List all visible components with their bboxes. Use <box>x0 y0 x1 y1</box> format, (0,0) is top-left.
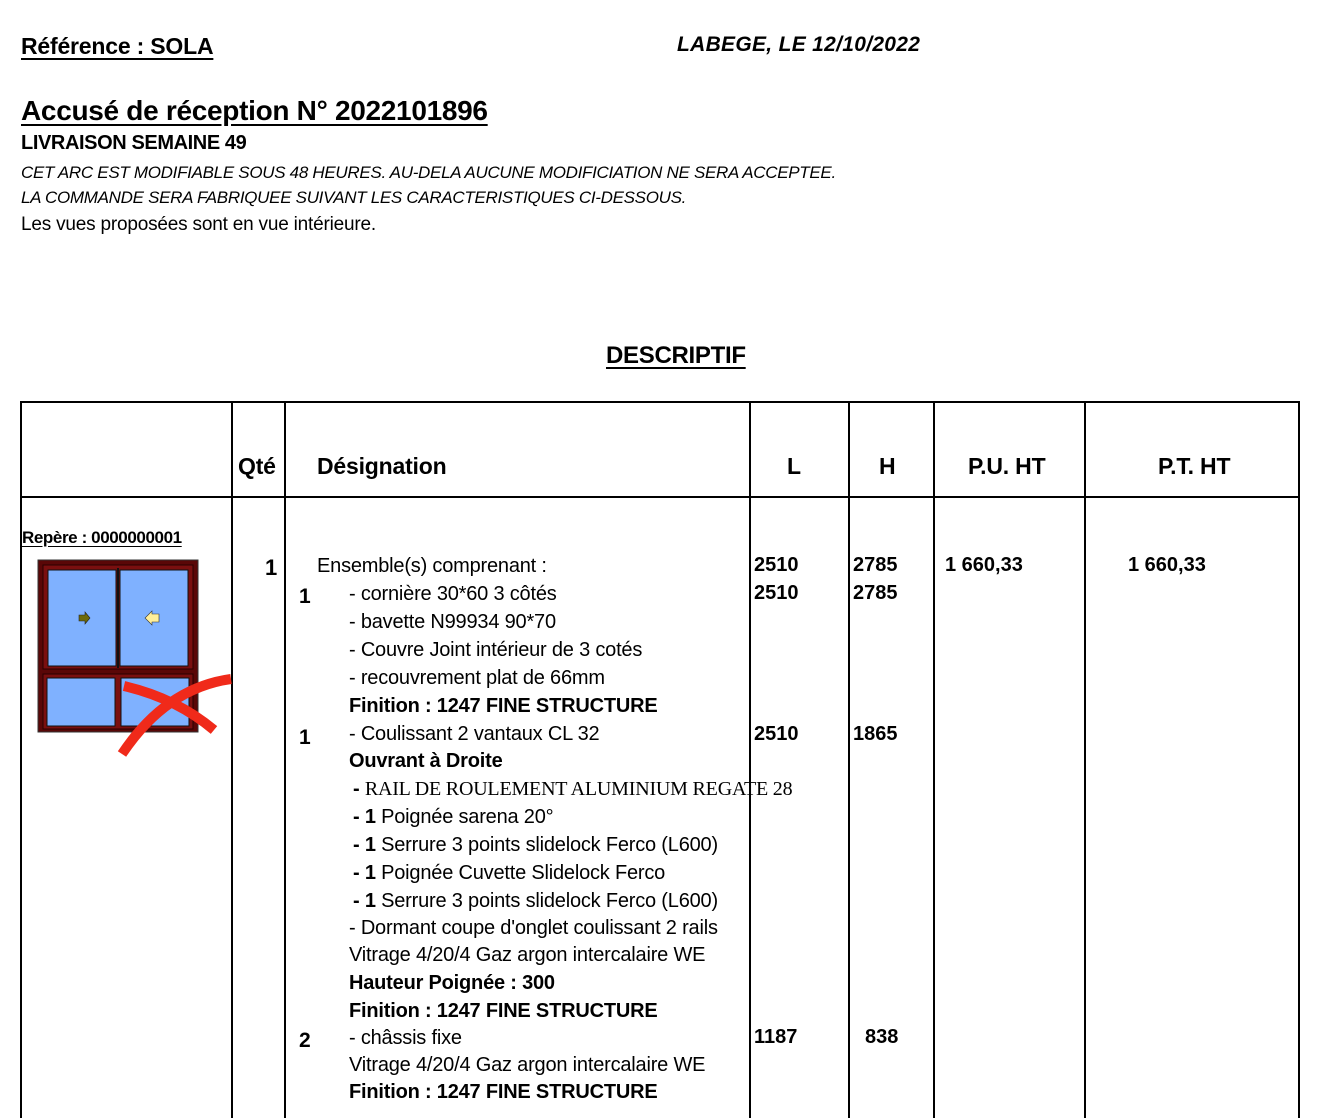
delivery-week: LIVRAISON SEMAINE 49 <box>21 132 246 155</box>
designation-line: Vitrage 4/20/4 Gaz argon intercalaire WE <box>349 944 705 967</box>
designation-line: Vitrage 4/20/4 Gaz argon intercalaire WE <box>349 1054 705 1077</box>
reference-label: Référence : SOLA <box>21 33 213 60</box>
manufacturing-note: LA COMMANDE SERA FABRIQUEE SUIVANT LES C… <box>21 188 686 208</box>
designation-line: Finition : 1247 FINE STRUCTURE <box>349 695 657 718</box>
designation-line: - châssis fixe <box>349 1027 462 1050</box>
modification-note: CET ARC EST MODIFIABLE SOUS 48 HEURES. A… <box>21 163 836 183</box>
view-note: Les vues proposées sont en vue intérieur… <box>21 214 376 236</box>
dim-height: 2785 <box>853 554 898 577</box>
dim-height: 838 <box>865 1026 898 1049</box>
unit-price: 1 660,33 <box>945 554 1023 577</box>
dim-length: 2510 <box>754 723 799 746</box>
designation-line: - Coulissant 2 vantaux CL 32 <box>349 723 599 746</box>
dim-height: 2785 <box>853 582 898 605</box>
designation-line: - Dormant coupe d'onglet coulissant 2 ra… <box>349 917 718 940</box>
designation-line: - RAIL DE ROULEMENT ALUMINIUM REGATE 28 <box>353 778 792 801</box>
column-header-height: H <box>879 453 895 480</box>
column-divider <box>749 403 751 1118</box>
designation-line: Ensemble(s) comprenant : <box>317 555 547 578</box>
designation-line: Finition : 1247 FINE STRUCTURE <box>349 1081 657 1104</box>
sub-qty: 1 <box>299 585 311 609</box>
sub-qty: 2 <box>299 1029 311 1053</box>
place-date: LABEGE, LE 12/10/2022 <box>677 33 920 57</box>
designation-line: - 1 Poignée sarena 20° <box>353 806 553 829</box>
column-header-unit-price: P.U. HT <box>968 453 1045 480</box>
column-header-designation: Désignation <box>317 453 446 480</box>
designation-line: - 1 Poignée Cuvette Slidelock Ferco <box>353 862 665 885</box>
window-diagram <box>36 558 236 763</box>
repere-label: Repère : 0000000001 <box>22 528 182 548</box>
dim-length: 2510 <box>754 554 799 577</box>
document-title: Accusé de réception N° 2022101896 <box>21 95 488 127</box>
total-price: 1 660,33 <box>1128 554 1206 577</box>
row-qty: 1 <box>265 555 277 581</box>
column-divider <box>1084 403 1086 1118</box>
sub-qty: 1 <box>299 726 311 750</box>
column-header-total-price: P.T. HT <box>1158 453 1230 480</box>
column-header-length: L <box>787 453 801 480</box>
designation-line: Ouvrant à Droite <box>349 750 503 773</box>
designation-line: Hauteur Poignée : 300 <box>349 972 555 995</box>
designation-line: - cornière 30*60 3 côtés <box>349 583 557 606</box>
designation-line: Finition : 1247 FINE STRUCTURE <box>349 1000 657 1023</box>
designation-line: - bavette N99934 90*70 <box>349 611 556 634</box>
designation-line: - 1 Serrure 3 points slidelock Ferco (L6… <box>353 890 718 913</box>
header-divider <box>22 496 1298 498</box>
designation-line: - Couvre Joint intérieur de 3 cotés <box>349 639 642 662</box>
column-header-qty: Qté <box>238 453 276 480</box>
column-divider <box>933 403 935 1118</box>
dim-height: 1865 <box>853 723 898 746</box>
column-divider <box>284 403 286 1118</box>
section-title: DESCRIPTIF <box>606 342 746 370</box>
descriptif-table: Qté Désignation L H P.U. HT P.T. HT Repè… <box>20 401 1300 1118</box>
designation-line: - 1 Serrure 3 points slidelock Ferco (L6… <box>353 834 718 857</box>
column-divider <box>848 403 850 1118</box>
designation-line: - recouvrement plat de 66mm <box>349 667 605 690</box>
dim-length: 2510 <box>754 582 799 605</box>
dim-length: 1187 <box>754 1026 797 1049</box>
